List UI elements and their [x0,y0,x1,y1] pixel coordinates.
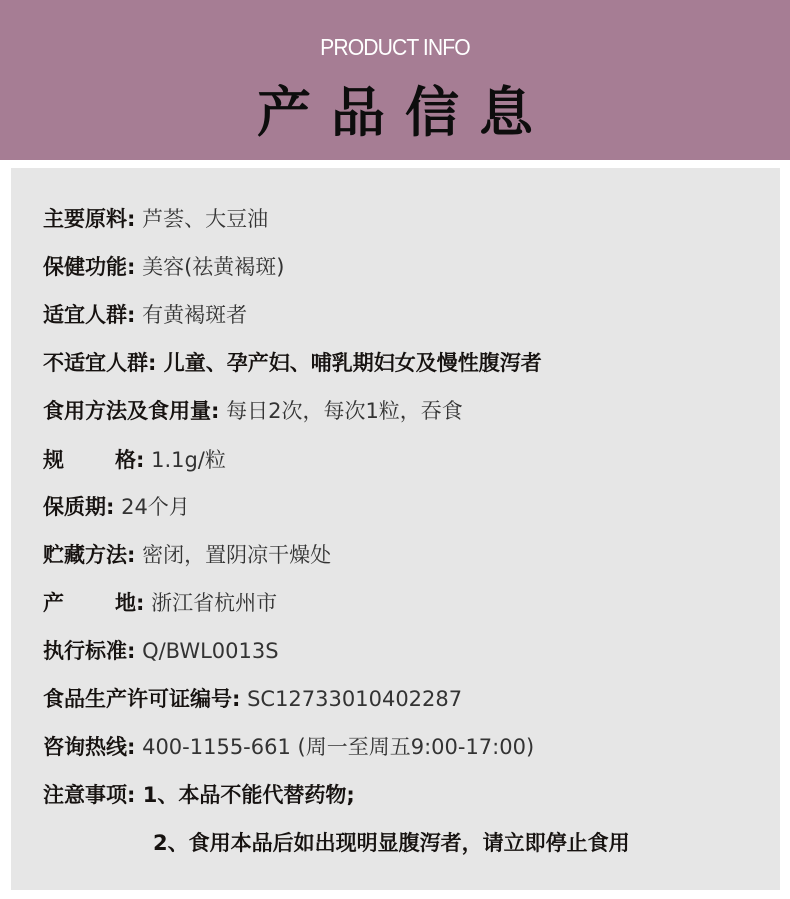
info-row-unsuitable-group: 不适宜人群: 儿童、孕产妇、哺乳期妇女及慢性腹泻者 [43,349,542,377]
info-row-usage: 食用方法及食用量: 每日2次，每次1粒，吞食 [43,397,463,425]
info-row-specification: 规格: 1.1g/粒 [43,446,226,474]
row-label: 执行标准: [43,639,135,663]
row-value: 芦荟、大豆油 [135,207,268,231]
row-label: 主要原料: [43,207,135,231]
row-value: 密闭，置阴凉干燥处 [135,543,331,567]
info-row-ingredients: 主要原料: 芦荟、大豆油 [43,205,268,233]
info-row-hotline: 咨询热线: 400-1155-661 (周一至周五9:00-17:00) [43,733,534,761]
info-row-storage: 贮藏方法: 密闭，置阴凉干燥处 [43,541,331,569]
row-value: 1.1g/粒 [144,448,225,472]
header-title-cn: 产品信息 [0,70,790,147]
info-row-notes: 注意事项: 1、本品不能代替药物; [43,781,355,809]
row-label: 不适宜人群: [43,351,156,375]
row-label: 适宜人群: [43,303,135,327]
row-value: 24个月 [114,495,189,519]
row-value: 美容(祛黄褐斑) [135,255,284,279]
header-title-en: PRODUCT INFO [32,34,759,61]
row-label: 规格: [43,446,144,474]
row-value: 每日2次，每次1粒，吞食 [219,399,462,423]
row-value: 浙江省杭州市 [144,591,277,615]
info-row-license: 食品生产许可证编号: SC12733010402287 [43,685,462,713]
row-label: 产地: [43,589,144,617]
row-label: 贮藏方法: [43,543,135,567]
row-label: 保健功能: [43,255,135,279]
row-value: 1、本品不能代替药物; [135,783,354,807]
row-value: Q/BWL0013S [135,639,278,663]
row-label: 保质期: [43,495,114,519]
header-banner: PRODUCT INFO 产品信息 [0,0,790,160]
row-label: 注意事项: [43,783,135,807]
info-row-health-function: 保健功能: 美容(祛黄褐斑) [43,253,284,281]
row-label: 食用方法及食用量: [43,399,219,423]
info-row-suitable-group: 适宜人群: 有黄褐斑者 [43,301,247,329]
info-row-standard: 执行标准: Q/BWL0013S [43,637,279,665]
row-value: 有黄褐斑者 [135,303,247,327]
row-value: 2、食用本品后如出现明显腹泻者，请立即停止食用 [153,831,630,855]
row-value: SC12733010402287 [240,687,462,711]
info-row-origin: 产地: 浙江省杭州市 [43,589,277,617]
row-value: 儿童、孕产妇、哺乳期妇女及慢性腹泻者 [156,351,541,375]
row-label: 咨询热线: [43,735,135,759]
info-row-notes-2: 2、食用本品后如出现明显腹泻者，请立即停止食用 [153,829,630,857]
info-row-shelf-life: 保质期: 24个月 [43,493,190,521]
row-label: 食品生产许可证编号: [43,687,240,711]
row-value: 400-1155-661 (周一至周五9:00-17:00) [135,735,534,759]
